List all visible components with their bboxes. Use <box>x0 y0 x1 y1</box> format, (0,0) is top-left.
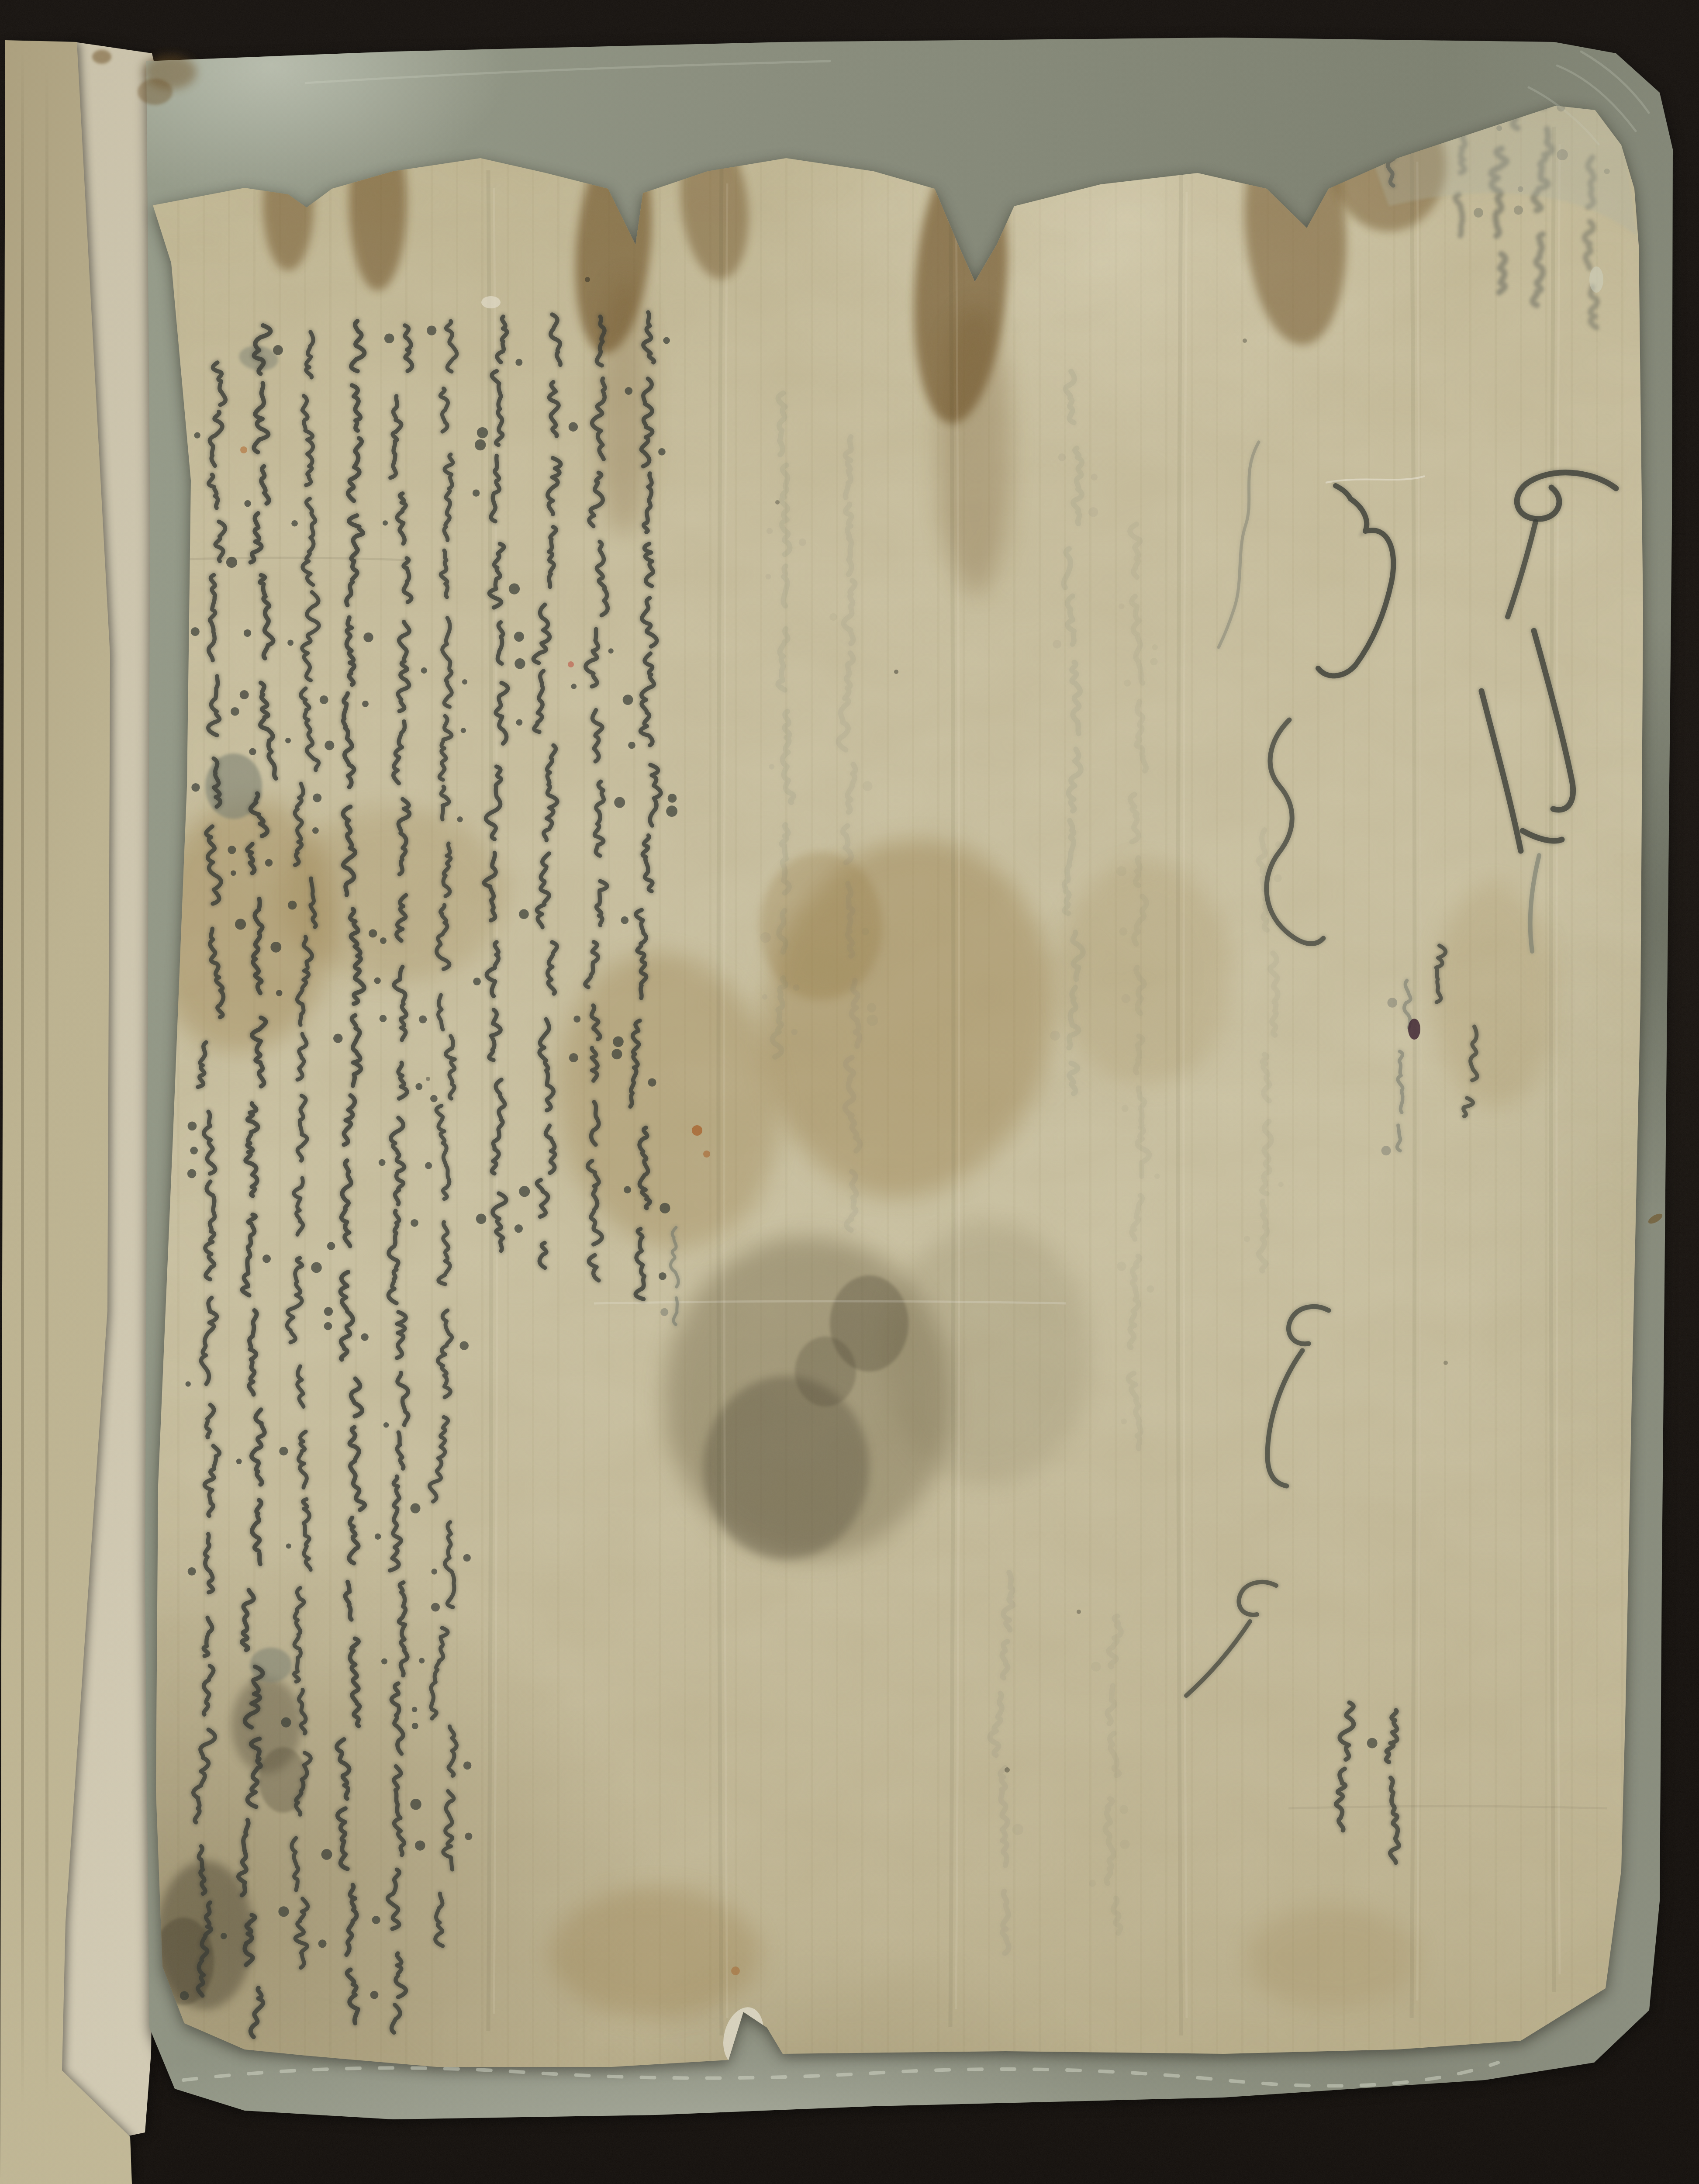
photo-grain <box>0 0 1699 2184</box>
marks-overlay <box>0 0 1699 2184</box>
manuscript-photograph <box>0 0 1699 2184</box>
